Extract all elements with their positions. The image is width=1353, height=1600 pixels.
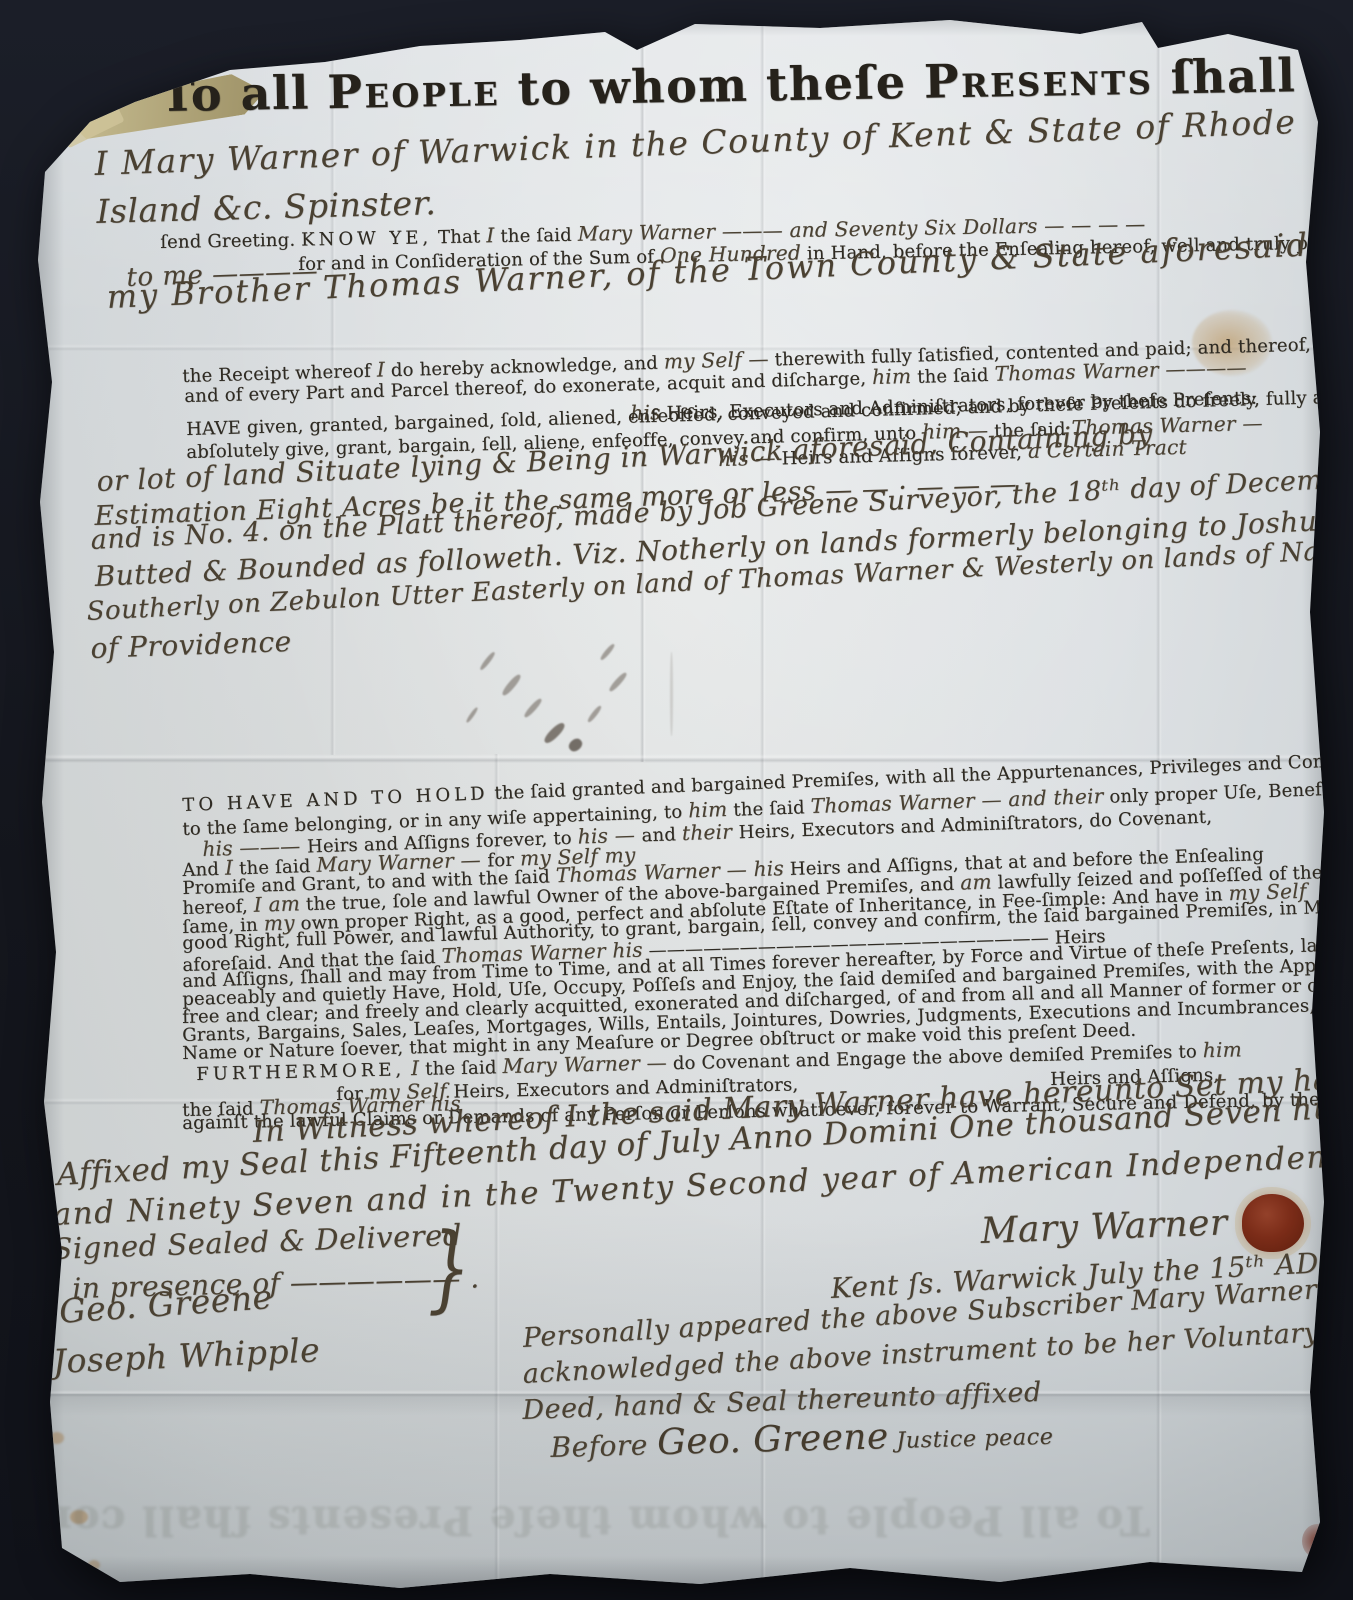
handwritten-text-run: him <box>688 797 728 822</box>
ink-smudge <box>670 652 673 736</box>
handwritten-text-run: their <box>682 819 739 845</box>
deed-photo-backdrop: To all People to whom theſe Presents ſha… <box>0 0 1353 1600</box>
paper-edge-shadow-bottom <box>30 1556 1330 1592</box>
printed-text-run: KNOW YE, <box>301 227 432 250</box>
witness-signature: Joseph Whipple <box>52 1332 321 1380</box>
document-title: To all People to whom theſe Presents ſha… <box>160 53 1161 121</box>
foxing-spot <box>88 1560 100 1570</box>
printed-text-run: to whom theſe <box>500 55 925 116</box>
printed-text-run: and <box>641 824 682 846</box>
printed-text-run: People <box>327 62 501 119</box>
photo-of-deed: { "artifacts": { "background_color": "#1… <box>0 0 1353 1600</box>
ink-smudge <box>523 697 544 719</box>
handwritten-text-run: Geo. Greene <box>657 1416 889 1463</box>
printed-text-run: Presents <box>923 51 1153 109</box>
ink-smudge <box>465 706 479 723</box>
bleed-through-mirrored-title: To all People to whom theſe Presents ſha… <box>140 1498 1150 1542</box>
handwritten-text-run: Before <box>550 1428 658 1464</box>
wax-seal <box>1242 1194 1304 1252</box>
handwritten-text-run: Mary Warner — <box>502 1050 667 1078</box>
printed-text-run: That <box>432 226 487 248</box>
printed-text-run: ſhall come, <box>1153 45 1353 105</box>
printed-text-run: the ſaid <box>494 225 578 247</box>
paper-edge-shadow-top <box>30 12 1330 36</box>
ink-smudge <box>567 736 585 753</box>
printed-text-run: the ſaid <box>419 1057 503 1080</box>
handwritten-text-run: Mary Warner <box>980 1202 1228 1252</box>
ink-smudge <box>542 721 567 746</box>
deed-paper: To all People to whom theſe Presents ſha… <box>30 12 1330 1592</box>
ink-smudge <box>500 673 522 697</box>
handwritten-text-run: him <box>872 364 912 389</box>
corner-stain <box>1302 1524 1332 1558</box>
tape-repair-fold <box>57 98 124 149</box>
ink-smudge <box>608 671 629 693</box>
foxing-spot <box>50 1432 64 1444</box>
closing-brace: } <box>428 1216 471 1321</box>
handwritten-text-run: Joseph Whipple <box>52 1330 321 1381</box>
handwritten-text-run: of Providence <box>90 625 292 665</box>
ink-smudge <box>599 643 616 662</box>
grantor-signature: Mary Warner <box>980 1203 1228 1251</box>
handwritten-grantor-line: Island &c. Spinster. <box>96 185 437 230</box>
handwritten-text-run: him <box>1202 1037 1242 1062</box>
handwritten-text-run: Island &c. Spinster. <box>96 183 437 231</box>
printed-text-run: To all People to whom theſe Presents ſha… <box>0 1497 1150 1544</box>
handwritten-text-run: Thomas Warner ———— <box>994 355 1247 386</box>
printed-text-run: To all <box>160 65 328 122</box>
ink-smudge <box>586 705 602 724</box>
printed-text-run: the ſaid <box>911 365 995 388</box>
handwritten-text-run: } <box>428 1213 471 1323</box>
ink-smudge <box>479 651 496 671</box>
printed-text-run: ſend Greeting. <box>160 230 301 253</box>
handwritten-text-run: Justice peace <box>888 1424 1053 1454</box>
handwritten-land-line: of Providence <box>90 627 292 665</box>
